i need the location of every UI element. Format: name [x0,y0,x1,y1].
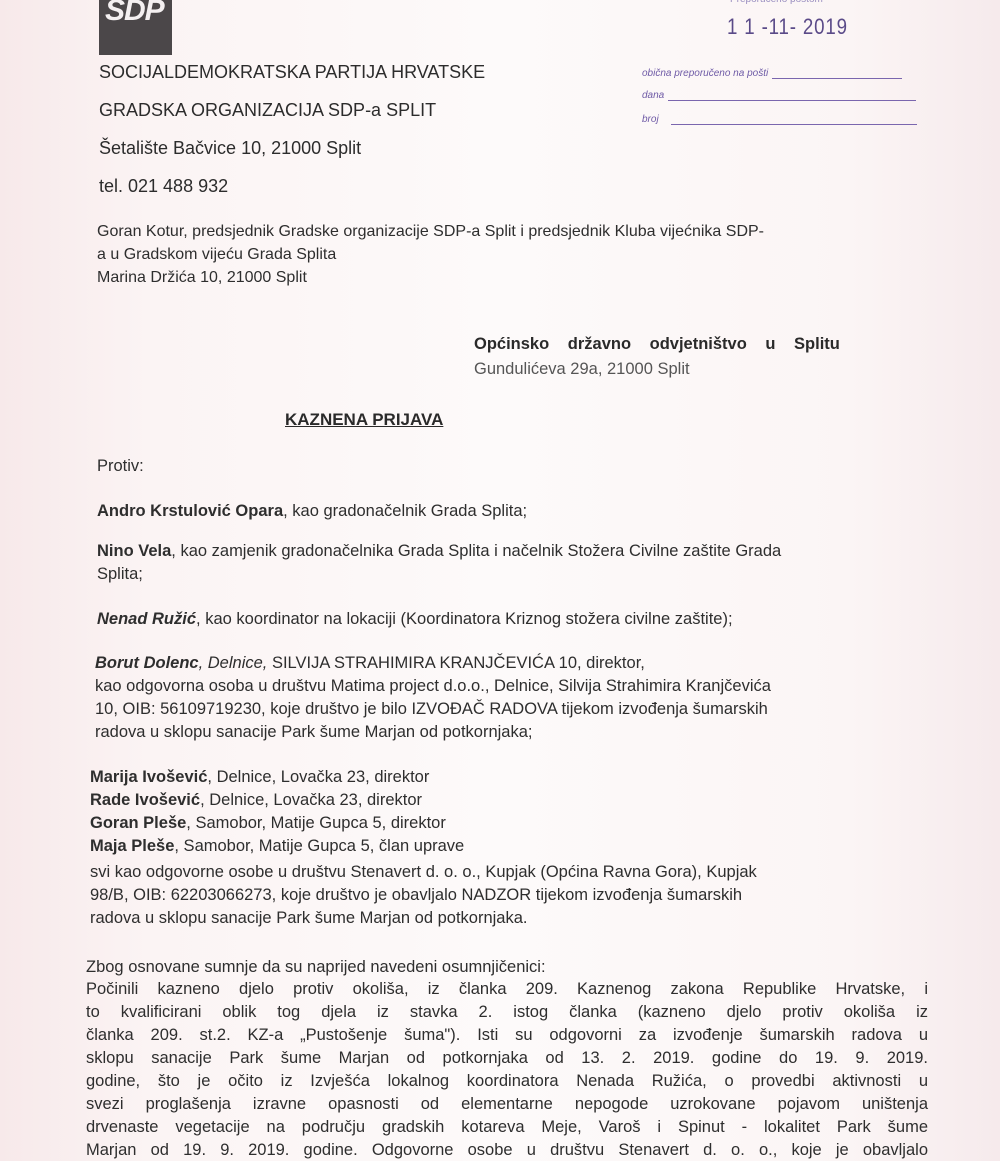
grounds-line: godine, što je očito iz Izvješća lokalno… [86,1070,928,1093]
supervisor-4: Maja Pleše, Samobor, Matije Gupca 5, čla… [90,835,464,858]
sender-address: Šetalište Bačvice 10, 21000 Split [99,138,361,159]
supervisor-2: Rade Ivošević, Delnice, Lovačka 23, dire… [90,789,422,812]
supervisor-text-line1: svi kao odgovorne osobe u društvu Stenav… [90,861,757,884]
recipient-name: Općinsko državno odvjetništvo u Splitu [474,335,840,354]
stamp-field-date-label: dana [642,90,664,101]
grounds-line: to kvalificirani oblik tog djela iz stav… [86,1001,928,1024]
supervisor-1-name: Marija Ivošević [90,768,207,786]
sdp-logo: SDP [99,0,172,55]
accused-3-role: , kao koordinator na lokaciji (Koordinat… [196,610,733,628]
contractor-name: Borut Dolenc [95,654,199,672]
stamp-field-number: broj [642,114,917,125]
grounds-line: članka 209. st.2. KZ-a „Pustošenje šuma"… [86,1024,928,1047]
logo-text: SDP [105,0,164,28]
recipient-address: Gundulićeva 29a, 21000 Split [474,360,690,379]
accused-1-name: Andro Krstulović Opara [97,502,283,520]
complainant-line2: a u Gradskom vijeću Grada Splita [97,243,336,266]
grounds-line: svezi proglašenja izravne opasnosti od e… [86,1093,928,1116]
contractor-line1: Borut Dolenc, Delnice, SILVIJA STRAHIMIR… [95,652,645,675]
contractor-line2: kao odgovorna osoba u društvu Matima pro… [95,675,771,698]
supervisor-2-details: , Delnice, Lovačka 23, direktor [200,791,422,809]
stamp-date: 1 1 -11- 2019 [727,14,848,40]
supervisor-4-details: , Samobor, Matije Gupca 5, član uprave [174,837,464,855]
supervisor-3-name: Goran Pleše [90,814,186,832]
grounds-intro: Zbog osnovane sumnje da su naprijed nave… [86,956,546,979]
sender-line1: SOCIJALDEMOKRATSKA PARTIJA HRVATSKE [99,62,485,83]
supervisor-4-name: Maja Pleše [90,837,174,855]
supervisor-1-details: , Delnice, Lovačka 23, direktor [207,768,429,786]
stamp-field-number-label: broj [642,114,659,125]
stamp-field-mail: obična preporučeno na pošti [642,68,902,79]
contractor-city: , Delnice, [199,654,268,672]
supervisor-3: Goran Pleše, Samobor, Matije Gupca 5, di… [90,812,446,835]
accused-2-cont: Splita; [97,563,143,586]
accused-3-name: Nenad Ružić [97,610,196,628]
stamp-field-mail-label: obična preporučeno na pošti [642,68,768,79]
stamp-field-date: dana [642,90,916,101]
complainant-address: Marina Držića 10, 21000 Split [97,266,307,289]
contractor-address: SILVIJA STRAHIMIRA KRANJČEVIĆA 10, direk… [267,654,645,672]
supervisor-text-line3: radova u sklopu sanacije Park šume Marja… [90,907,527,930]
sender-phone: tel. 021 488 932 [99,176,228,197]
supervisor-1: Marija Ivošević, Delnice, Lovačka 23, di… [90,766,429,789]
against-label: Protiv: [97,455,144,478]
accused-3: Nenad Ružić, kao koordinator na lokaciji… [97,608,733,631]
supervisor-3-details: , Samobor, Matije Gupca 5, direktor [186,814,446,832]
sender-line2: GRADSKA ORGANIZACIJA SDP-a SPLIT [99,100,436,121]
stamp-header: Preporučeno poštom [730,0,823,5]
complainant-line1: Goran Kotur, predsjednik Gradske organiz… [97,220,764,243]
document-title: KAZNENA PRIJAVA [285,410,443,430]
grounds-line: drvenaste vegetacije na području gradski… [86,1116,928,1139]
grounds-line: Počinili kazneno djelo protiv okoliša, i… [86,978,928,1001]
accused-2: Nino Vela, kao zamjenik gradonačelnika G… [97,540,781,563]
grounds-line: Marjan od 19. 9. 2019. godine. Odgovorne… [86,1139,928,1161]
grounds-line: sklopu sanacije Park šume Marjan od potk… [86,1047,928,1070]
accused-2-name: Nino Vela [97,542,171,560]
supervisor-2-name: Rade Ivošević [90,791,200,809]
contractor-line4: radova u sklopu sanacije Park šume Marja… [95,721,532,744]
accused-2-role: , kao zamjenik gradonačelnika Grada Spli… [171,542,781,560]
accused-1-role: , kao gradonačelnik Grada Splita; [283,502,527,520]
supervisor-text-line2: 98/B, OIB: 62203066273, koje društvo je … [90,884,742,907]
contractor-line3: 10, OIB: 56109719230, koje društvo je bi… [95,698,768,721]
accused-1: Andro Krstulović Opara, kao gradonačelni… [97,500,527,523]
